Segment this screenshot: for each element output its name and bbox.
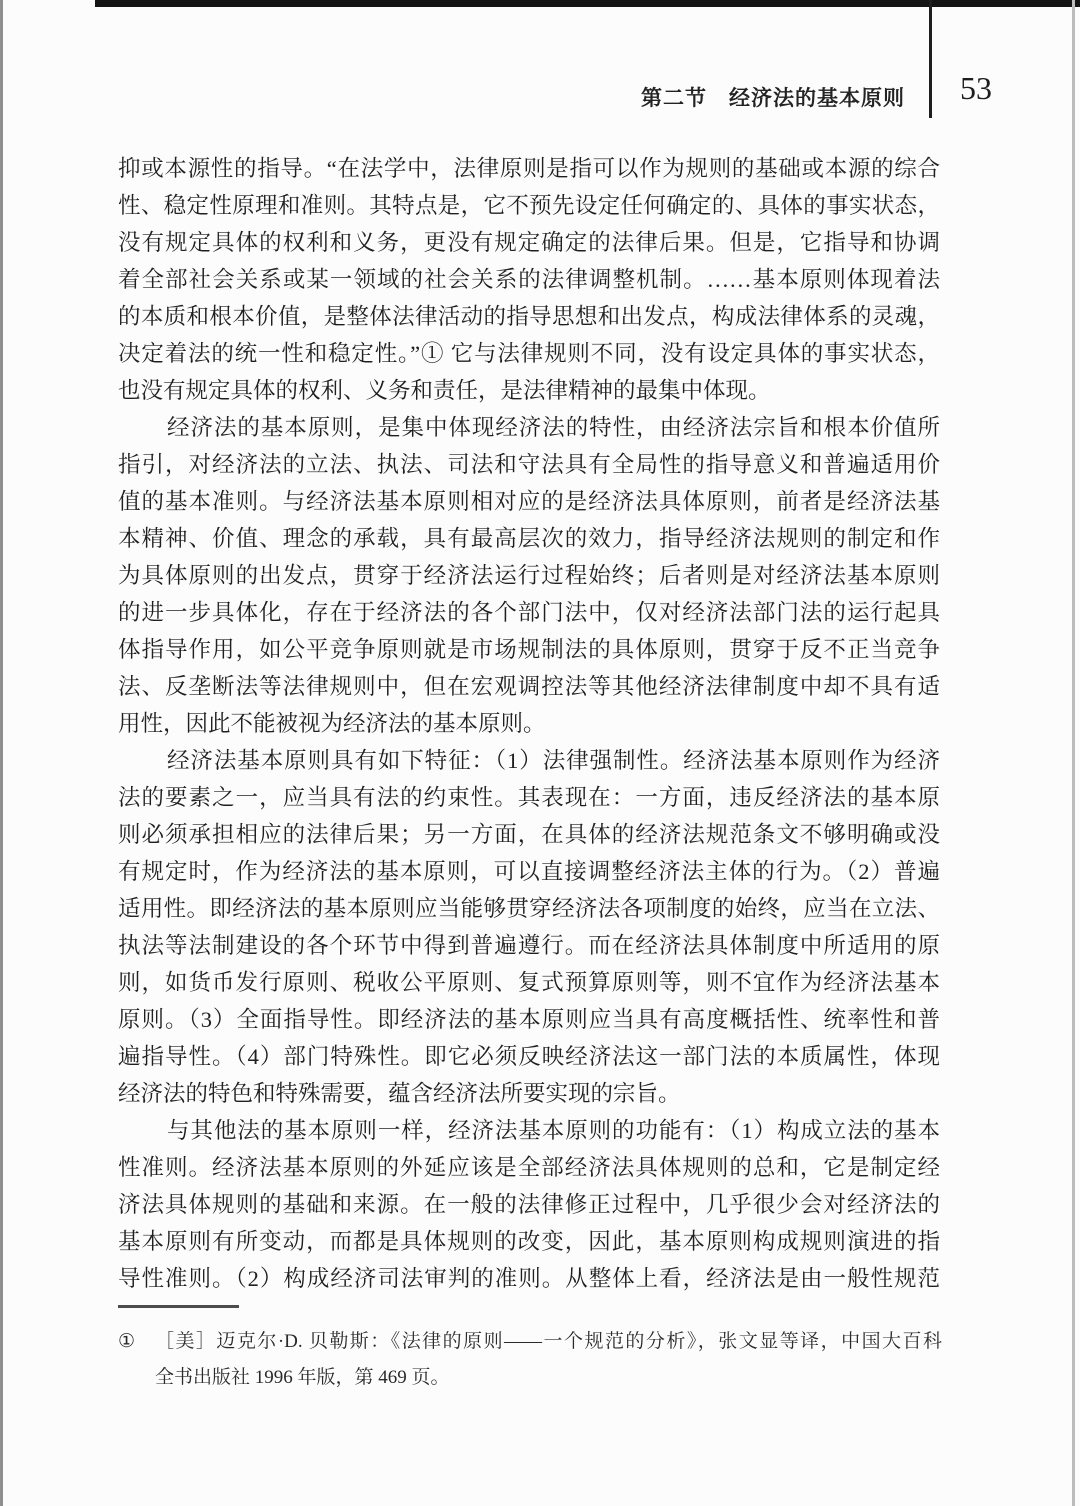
text-line: 为具体原则的出发点，贯穿于经济法运行过程始终；后者则是对经济法基本原则 (118, 557, 940, 594)
scan-right-edge-line (1072, 0, 1075, 1506)
text-line: 原则。（3）全面指导性。即经济法的基本原则应当具有高度概括性、统率性和普 (118, 1001, 940, 1038)
text-line: 的进一步具体化，存在于经济法的各个部门法中，仅对经济法部门法的运行起具 (118, 594, 940, 631)
text-line: 体指导作用，如公平竞争原则就是市场规制法的具体原则，贯穿于反不正当竞争 (118, 631, 940, 668)
text-line: 经济法基本原则具有如下特征：（1）法律强制性。经济法基本原则作为经济 (118, 742, 940, 779)
scanned-book-page: 第二节 经济法的基本原则 53 抑或本源性的指导。“在法学中，法律原则是指可以作… (0, 0, 1080, 1506)
footnote-line: 全书出版社 1996 年版，第 469 页。 (155, 1360, 942, 1396)
page-number: 53 (946, 70, 1006, 107)
text-line: 指引，对经济法的立法、执法、司法和守法具有全局性的指导意义和普遍适用价 (118, 446, 940, 483)
body-text: 抑或本源性的指导。“在法学中，法律原则是指可以作为规则的基础或本源的综合性、稳定… (118, 150, 940, 1297)
text-line: 基本原则有所变动，而都是具体规则的改变，因此，基本原则构成规则演进的指 (118, 1223, 940, 1260)
text-line: 性准则。经济法基本原则的外延应该是全部经济法具体规则的总和，它是制定经 (118, 1149, 940, 1186)
text-line: 的本质和根本价值，是整体法律活动的指导思想和出发点，构成法律体系的灵魂， (118, 298, 940, 335)
text-line: 则，如货币发行原则、税收公平原则、复式预算原则等，则不宜作为经济法基本 (118, 964, 940, 1001)
text-line: 执法等法制建设的各个环节中得到普遍遵行。而在经济法具体制度中所适用的原 (118, 927, 940, 964)
footnote-line: ［美］迈克尔·D. 贝勒斯：《法律的原则——一个规范的分析》，张文显等译，中国大… (155, 1324, 942, 1360)
text-line: 法的要素之一，应当具有法的约束性。其表现在：一方面，违反经济法的基本原 (118, 779, 940, 816)
text-line: 则必须承担相应的法律后果；另一方面，在具体的经济法规范条文不够明确或没 (118, 816, 940, 853)
text-line: 值的基本准则。与经济法基本原则相对应的是经济法具体原则，前者是经济法基 (118, 483, 940, 520)
text-line: 决定着法的统一性和稳定性。”① 它与法律规则不同，没有设定具体的事实状态， (118, 335, 940, 372)
header-divider-line (929, 0, 932, 118)
text-line: 本精神、价值、理念的承载，具有最高层次的效力，指导经济法规则的制定和作 (118, 520, 940, 557)
text-line: 着全部社会关系或某一领域的社会关系的法律调整机制。……基本原则体现着法 (118, 261, 940, 298)
text-line: 经济法的特色和特殊需要，蕴含经济法所要实现的宗旨。 (118, 1075, 940, 1112)
text-line: 经济法的基本原则，是集中体现经济法的特性，由经济法宗旨和根本价值所 (118, 409, 940, 446)
text-line: 法、反垄断法等法律规则中，但在宏观调控法等其他经济法律制度中却不具有适 (118, 668, 940, 705)
text-line: 没有规定具体的权利和义务，更没有规定确定的法律后果。但是，它指导和协调 (118, 224, 940, 261)
footnote-marker: ① (118, 1324, 135, 1360)
text-line: 也没有规定具体的权利、义务和责任，是法律精神的最集中体现。 (118, 372, 940, 409)
footnote-lines: ［美］迈克尔·D. 贝勒斯：《法律的原则——一个规范的分析》，张文显等译，中国大… (118, 1324, 942, 1396)
text-line: 济法具体规则的基础和来源。在一般的法律修正过程中，几乎很少会对经济法的 (118, 1186, 940, 1223)
text-line: 遍指导性。（4）部门特殊性。即它必须反映经济法这一部门法的本质属性，体现 (118, 1038, 940, 1075)
text-line: 有规定时，作为经济法的基本原则，可以直接调整经济法主体的行为。（2）普遍 (118, 853, 940, 890)
running-header-title: 第二节 经济法的基本原则 (641, 82, 905, 112)
scan-top-bar (95, 0, 1080, 7)
footnote-separator-line (118, 1305, 239, 1308)
text-line: 导性准则。（2）构成经济司法审判的准则。从整体上看，经济法是由一般性规范 (118, 1260, 940, 1297)
text-line: 与其他法的基本原则一样，经济法基本原则的功能有：（1）构成立法的基本 (118, 1112, 940, 1149)
text-line: 用性，因此不能被视为经济法的基本原则。 (118, 705, 940, 742)
scan-left-edge-line (0, 0, 3, 1506)
text-line: 适用性。即经济法的基本原则应当能够贯穿经济法各项制度的始终，应当在立法、 (118, 890, 940, 927)
text-line: 性、稳定性原理和准则。其特点是，它不预先设定任何确定的、具体的事实状态， (118, 187, 940, 224)
footnote: ① ［美］迈克尔·D. 贝勒斯：《法律的原则——一个规范的分析》，张文显等译，中… (118, 1324, 942, 1396)
text-line: 抑或本源性的指导。“在法学中，法律原则是指可以作为规则的基础或本源的综合 (118, 150, 940, 187)
